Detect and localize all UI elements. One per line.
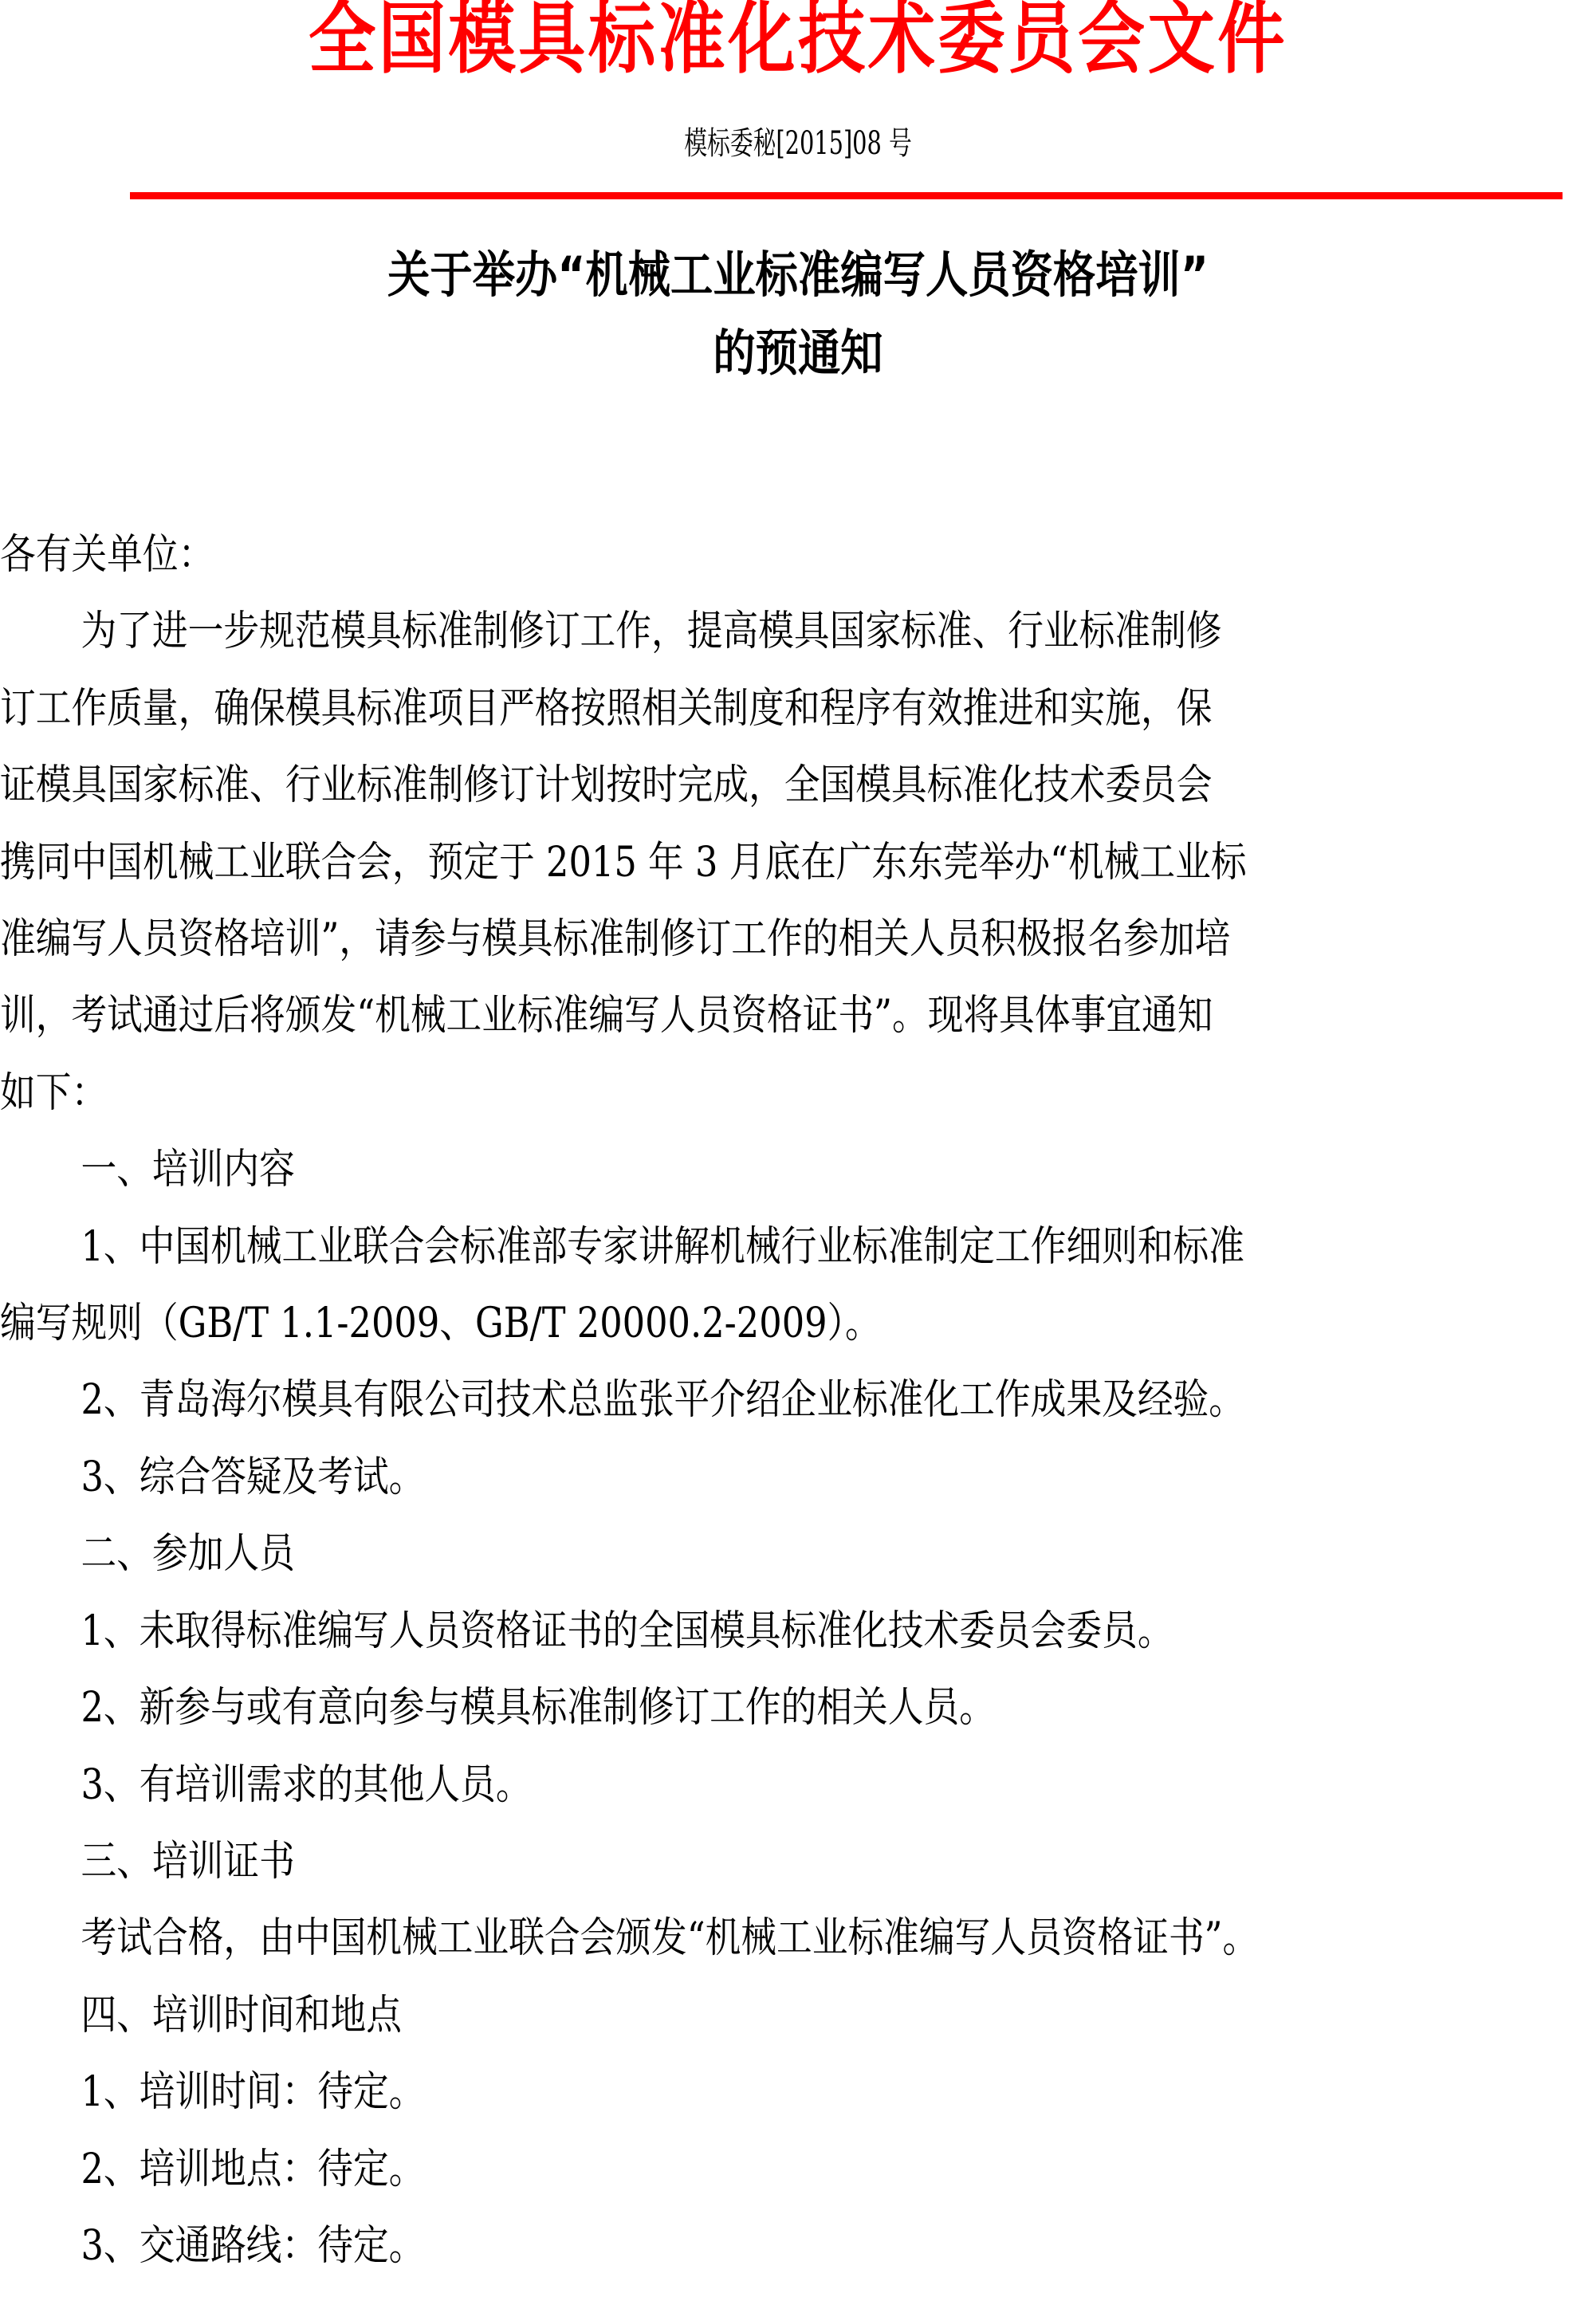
list-item: 3、交通路线：待定。 bbox=[0, 2208, 1373, 2284]
intro-line: 携同中国机械工业联合会，预定于 2015 年 3 月底在广东东莞举办“机械工业标 bbox=[0, 824, 1373, 901]
list-item: 2、培训地点：待定。 bbox=[0, 2131, 1373, 2208]
section-heading: 一、培训内容 bbox=[0, 1131, 1373, 1208]
intro-line: 训，考试通过后将颁发“机械工业标准编写人员资格证书”。现将具体事宜通知 bbox=[0, 977, 1373, 1054]
intro-line: 准编写人员资格培训”，请参与模具标准制修订工作的相关人员积极报名参加培 bbox=[0, 901, 1373, 977]
salutation: 各有关单位： bbox=[0, 517, 1373, 593]
intro-line: 为了进一步规范模具标准制修订工作，提高模具国家标准、行业标准制修 bbox=[0, 593, 1373, 670]
title-line-1: 关于举办“机械工业标准编写人员资格培训” bbox=[112, 236, 1484, 314]
red-divider bbox=[130, 192, 1563, 199]
list-item: 3、综合答疑及考试。 bbox=[0, 1439, 1373, 1516]
document-body: 各有关单位： 为了进一步规范模具标准制修订工作，提高模具国家标准、行业标准制修 … bbox=[0, 517, 1596, 2284]
doc-number: 模标委秘[2015]08 号 bbox=[223, 121, 1372, 166]
section-training-content: 一、培训内容 1、中国机械工业联合会标准部专家讲解机械行业标准制定工作细则和标准… bbox=[0, 1131, 1596, 1516]
intro-line: 订工作质量，确保模具标准项目严格按照相关制度和程序有效推进和实施，保 bbox=[0, 671, 1373, 747]
org-header: 全国模具标准化技术委员会文件 bbox=[112, 0, 1484, 86]
list-item: 2、青岛海尔模具有限公司技术总监张平介绍企业标准化工作成果及经验。 bbox=[0, 1362, 1373, 1438]
section-heading: 三、培训证书 bbox=[0, 1823, 1373, 1900]
list-item-continuation: 编写规则（GB/T 1.1-2009、GB/T 20000.2-2009）。 bbox=[0, 1285, 1373, 1362]
section-time-location: 四、培训时间和地点 1、培训时间：待定。 2、培训地点：待定。 3、交通路线：待… bbox=[0, 1977, 1596, 2285]
list-item: 1、未取得标准编写人员资格证书的全国模具标准化技术委员会委员。 bbox=[0, 1593, 1373, 1670]
section-heading: 四、培训时间和地点 bbox=[0, 1977, 1373, 2054]
list-item: 1、中国机械工业联合会标准部专家讲解机械行业标准制定工作细则和标准 bbox=[0, 1209, 1373, 1285]
list-item: 1、培训时间：待定。 bbox=[0, 2054, 1373, 2130]
paragraph: 考试合格，由中国机械工业联合会颁发“机械工业标准编写人员资格证书”。 bbox=[0, 1900, 1373, 1976]
intro-line: 证模具国家标准、行业标准制修订计划按时完成，全国模具标准化技术委员会 bbox=[0, 747, 1373, 824]
document-title: 关于举办“机械工业标准编写人员资格培训” 的预通知 bbox=[0, 236, 1596, 392]
list-item: 2、新参与或有意向参与模具标准制修订工作的相关人员。 bbox=[0, 1670, 1373, 1746]
section-certificate: 三、培训证书 考试合格，由中国机械工业联合会颁发“机械工业标准编写人员资格证书”… bbox=[0, 1823, 1596, 1977]
section-heading: 二、参加人员 bbox=[0, 1516, 1373, 1592]
intro-paragraph: 为了进一步规范模具标准制修订工作，提高模具国家标准、行业标准制修 订工作质量，确… bbox=[0, 593, 1596, 1131]
section-participants: 二、参加人员 1、未取得标准编写人员资格证书的全国模具标准化技术委员会委员。 2… bbox=[0, 1516, 1596, 1823]
list-item: 3、有培训需求的其他人员。 bbox=[0, 1747, 1373, 1823]
intro-line: 如下： bbox=[0, 1055, 1373, 1131]
title-line-2: 的预通知 bbox=[112, 314, 1484, 392]
